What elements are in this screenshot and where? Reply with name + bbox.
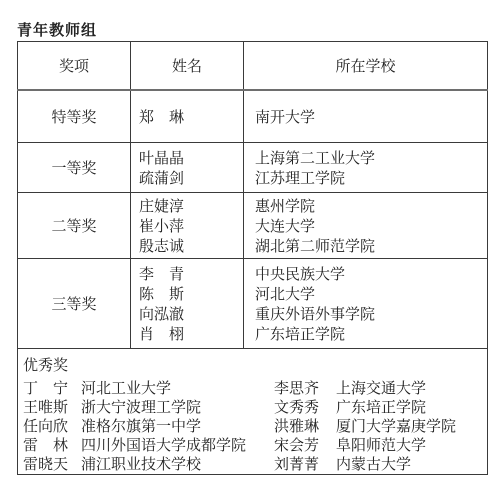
winner-name: 洪雅琳 <box>274 417 336 436</box>
names-cell: 郑 琳 <box>131 90 244 143</box>
winner-name: 任向欣 <box>23 417 81 436</box>
winner-name: 雷 林 <box>23 436 81 455</box>
winner-school: 中央民族大学 <box>255 264 487 284</box>
excellence-line: 王唯斯 浙大宁波理工学院 文秀秀 广东培正学院 <box>23 398 487 417</box>
excellence-section: 优秀奖 丁 宁 河北工业大学 李思齐 上海交通大学 王唯斯 浙大宁波理工学院 文… <box>18 349 488 475</box>
awards-table: 奖项 姓名 所在学校 特等奖 郑 琳 南开大学 一等奖 叶晶晶 疏蒲剑 <box>17 41 488 475</box>
header-name: 姓名 <box>131 42 244 91</box>
table-row-second-prize: 二等奖 庄婕淳 崔小萍 殷志诚 惠州学院 大连大学 湖北第二师范学院 <box>18 193 488 259</box>
winner-school: 上海第二工业大学 <box>255 148 487 168</box>
excellence-line: 雷晓天 浦江职业技术学校 刘菁菁 内蒙古大学 <box>23 455 487 474</box>
winner-school: 准格尔旗第一中学 <box>81 417 274 436</box>
winner-name: 庄婕淳 <box>139 196 243 216</box>
schools-cell: 中央民族大学 河北大学 重庆外语外事学院 广东培正学院 <box>244 259 488 349</box>
award-label: 二等奖 <box>18 193 131 259</box>
winner-name: 雷晓天 <box>23 455 81 474</box>
winner-school: 广东培正学院 <box>336 398 487 417</box>
winner-name: 李 青 <box>139 264 243 284</box>
header-school: 所在学校 <box>244 42 488 91</box>
names-cell: 庄婕淳 崔小萍 殷志诚 <box>131 193 244 259</box>
winner-school: 大连大学 <box>255 216 487 236</box>
excellence-line: 任向欣 准格尔旗第一中学 洪雅琳 厦门大学嘉庚学院 <box>23 417 487 436</box>
document-page: 青年教师组 奖项 姓名 所在学校 特等奖 郑 琳 南开大学 <box>0 0 500 486</box>
winner-school: 上海交通大学 <box>336 379 487 398</box>
winner-name: 郑 琳 <box>139 107 243 127</box>
schools-cell: 惠州学院 大连大学 湖北第二师范学院 <box>244 193 488 259</box>
winner-school: 江苏理工学院 <box>255 168 487 188</box>
page-title: 青年教师组 <box>17 19 97 40</box>
winner-school: 厦门大学嘉庚学院 <box>336 417 487 436</box>
schools-cell: 上海第二工业大学 江苏理工学院 <box>244 143 488 193</box>
winner-school: 内蒙古大学 <box>336 455 487 474</box>
winner-school: 惠州学院 <box>255 196 487 216</box>
table-row-first-prize: 一等奖 叶晶晶 疏蒲剑 上海第二工业大学 江苏理工学院 <box>18 143 488 193</box>
winner-name: 王唯斯 <box>23 398 81 417</box>
winner-name: 李思齐 <box>274 379 336 398</box>
winner-school: 浦江职业技术学校 <box>81 455 274 474</box>
winner-school: 阜阳师范大学 <box>336 436 487 455</box>
winner-name: 陈 斯 <box>139 284 243 304</box>
winner-school: 广东培正学院 <box>255 324 487 344</box>
excellence-line: 丁 宁 河北工业大学 李思齐 上海交通大学 <box>23 379 487 398</box>
schools-cell: 南开大学 <box>244 90 488 143</box>
winner-name: 丁 宁 <box>23 379 81 398</box>
table-row-special-prize: 特等奖 郑 琳 南开大学 <box>18 90 488 143</box>
excellence-line: 雷 林 四川外国语大学成都学院 宋会芳 阜阳师范大学 <box>23 436 487 455</box>
winner-school: 湖北第二师范学院 <box>255 236 487 256</box>
award-label: 一等奖 <box>18 143 131 193</box>
winner-school: 河北大学 <box>255 284 487 304</box>
header-award: 奖项 <box>18 42 131 91</box>
winner-school: 南开大学 <box>255 107 487 127</box>
winner-name: 叶晶晶 <box>139 148 243 168</box>
names-cell: 李 青 陈 斯 向泓澈 肖 栩 <box>131 259 244 349</box>
award-label: 三等奖 <box>18 259 131 349</box>
names-cell: 叶晶晶 疏蒲剑 <box>131 143 244 193</box>
winner-name: 向泓澈 <box>139 304 243 324</box>
winner-name: 肖 栩 <box>139 324 243 344</box>
winner-school: 四川外国语大学成都学院 <box>81 436 274 455</box>
table-header-row: 奖项 姓名 所在学校 <box>18 42 488 91</box>
winner-name: 崔小萍 <box>139 216 243 236</box>
table-row-excellence-prize: 优秀奖 丁 宁 河北工业大学 李思齐 上海交通大学 王唯斯 浙大宁波理工学院 文… <box>18 349 488 475</box>
award-label: 特等奖 <box>18 90 131 143</box>
winner-school: 浙大宁波理工学院 <box>81 398 274 417</box>
winner-name: 殷志诚 <box>139 236 243 256</box>
winner-name: 刘菁菁 <box>274 455 336 474</box>
winner-name: 宋会芳 <box>274 436 336 455</box>
winner-name: 文秀秀 <box>274 398 336 417</box>
winner-school: 重庆外语外事学院 <box>255 304 487 324</box>
winner-school: 河北工业大学 <box>81 379 274 398</box>
excellence-label: 优秀奖 <box>23 355 487 376</box>
table-row-third-prize: 三等奖 李 青 陈 斯 向泓澈 肖 栩 中央民族大学 河北大学 重庆外语外事学院… <box>18 259 488 349</box>
winner-name: 疏蒲剑 <box>139 168 243 188</box>
